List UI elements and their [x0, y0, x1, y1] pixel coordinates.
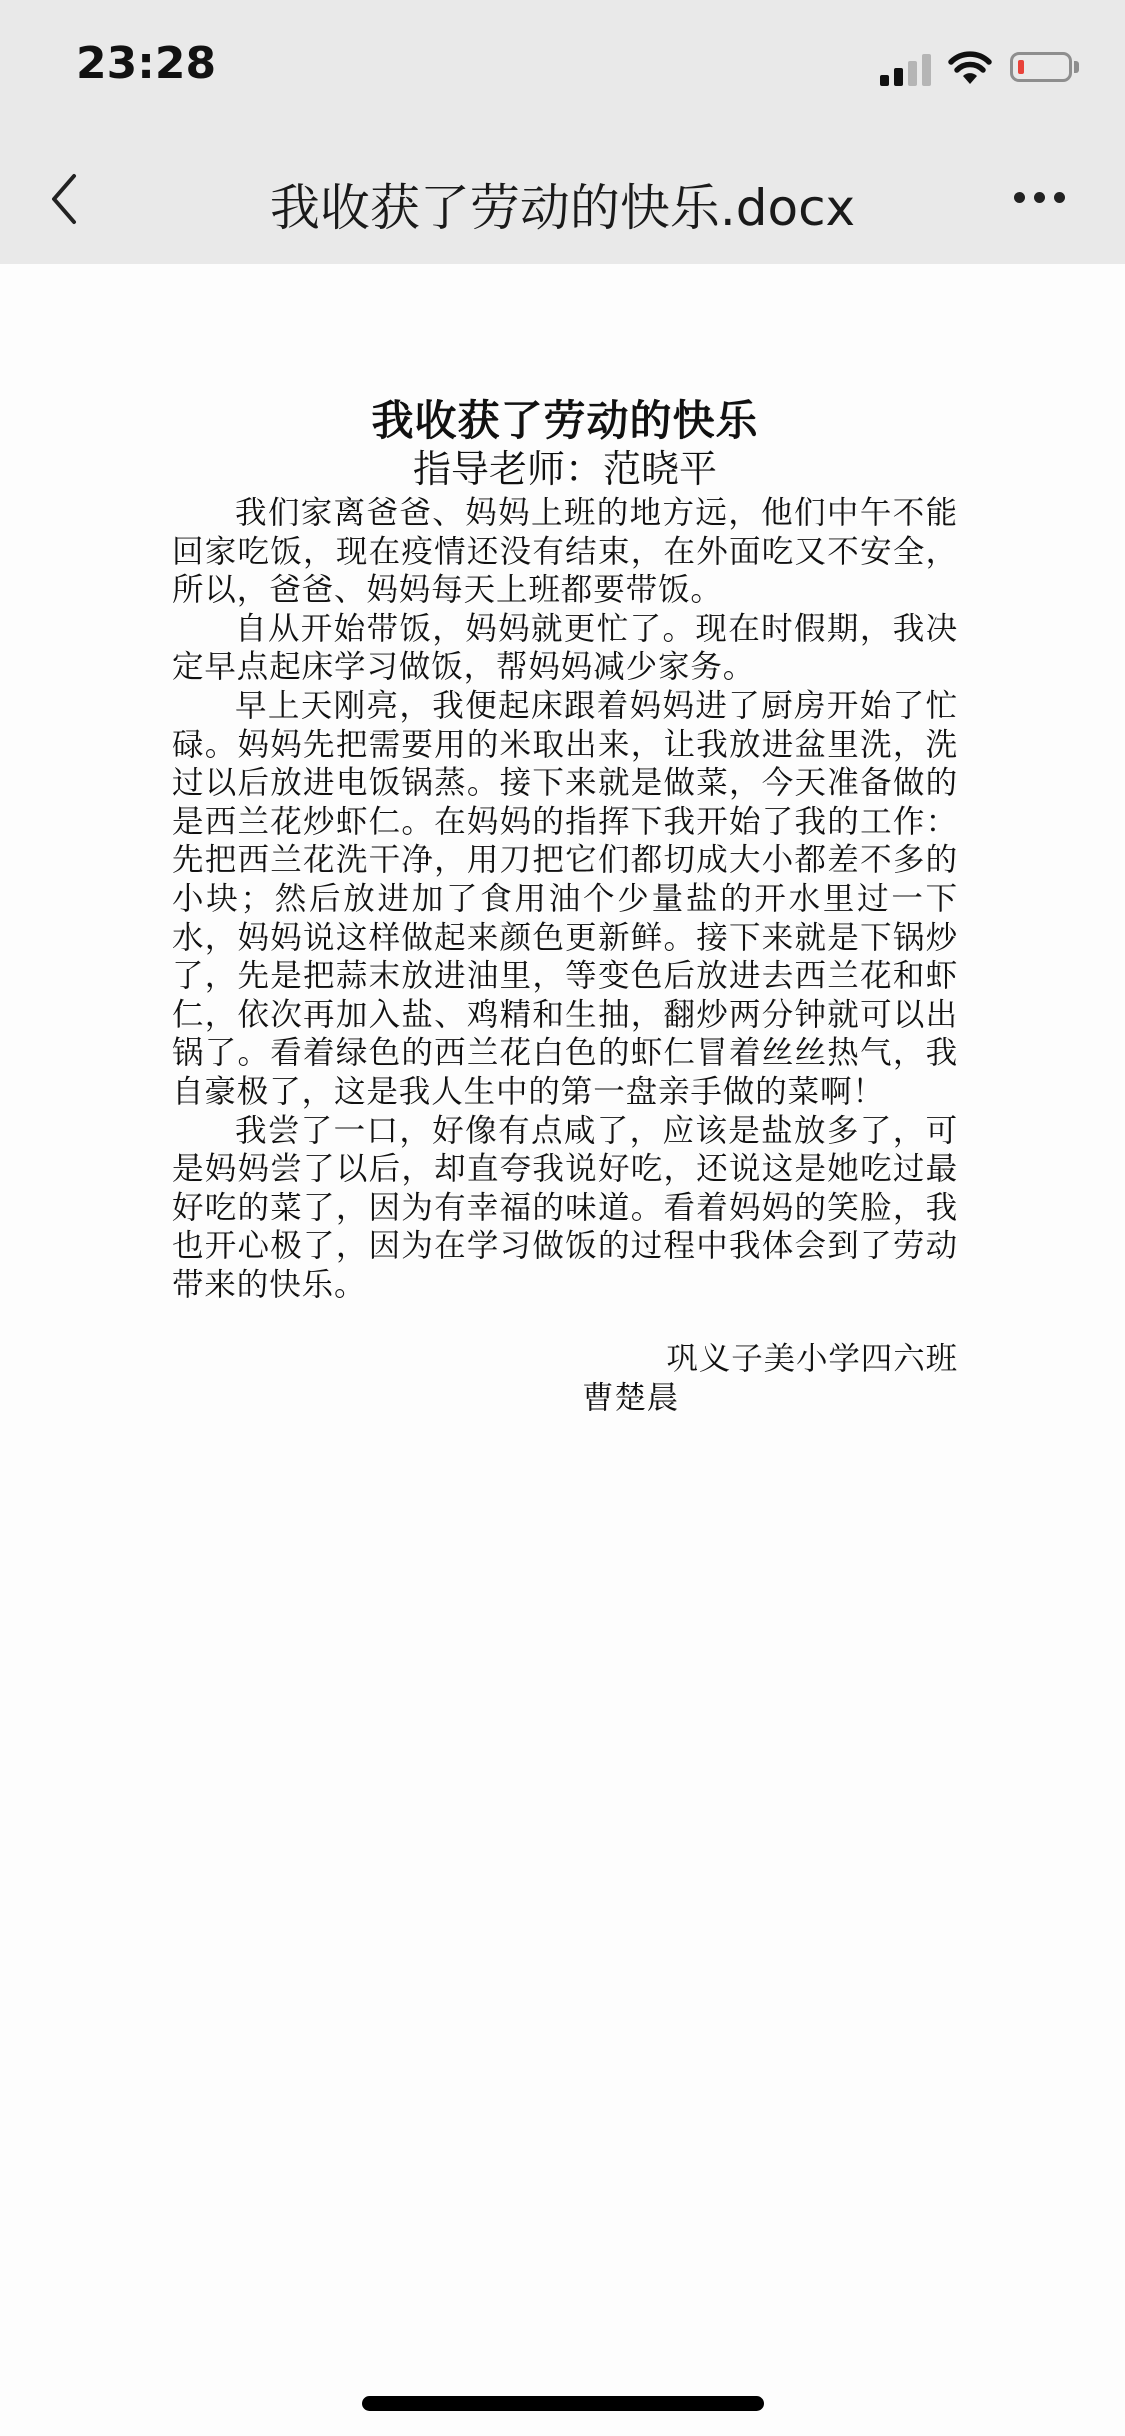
more-dot	[1034, 192, 1045, 203]
more-horizontal-icon	[1014, 192, 1025, 203]
signature-school: 巩义子美小学四六班	[172, 1340, 958, 1379]
status-time: 23:28	[76, 38, 216, 89]
paragraph: 自从开始带饭，妈妈就更忙了。现在时假期，我决定早点起床学习做饭，帮妈妈减少家务。	[172, 610, 958, 687]
paragraph: 我们家离爸爸、妈妈上班的地方远，他们中午不能回家吃饭，现在疫情还没有结束，在外面…	[172, 494, 958, 610]
top-bar: 23:28 我收获了劳动的快乐.docx	[0, 0, 1125, 264]
more-dot	[1054, 192, 1065, 203]
file-title: 我收获了劳动的快乐.docx	[140, 168, 985, 240]
document-subtitle: 指导老师：范晓平	[172, 446, 958, 492]
battery-low-icon	[1010, 52, 1072, 82]
paragraph: 我尝了一口，好像有点咸了，应该是盐放多了，可是妈妈尝了以后，却直夸我说好吃，还说…	[172, 1112, 958, 1305]
signal-icon	[880, 54, 936, 86]
document-title: 我收获了劳动的快乐	[172, 396, 958, 446]
battery-tip	[1074, 61, 1079, 73]
wifi-icon	[948, 50, 992, 86]
signature: 巩义子美小学四六班 曹楚晨	[172, 1340, 958, 1417]
home-indicator[interactable]	[362, 2396, 764, 2411]
document-page: 我收获了劳动的快乐 指导老师：范晓平 我们家离爸爸、妈妈上班的地方远，他们中午不…	[172, 396, 958, 1418]
signature-author: 曹楚晨	[172, 1379, 958, 1418]
paragraph: 早上天刚亮，我便起床跟着妈妈进了厨房开始了忙碌。妈妈先把需要用的米取出来，让我放…	[172, 687, 958, 1112]
battery-level	[1018, 60, 1024, 74]
back-button[interactable]	[44, 166, 88, 232]
chevron-left-icon	[54, 176, 74, 222]
more-options-button[interactable]	[1010, 186, 1070, 210]
